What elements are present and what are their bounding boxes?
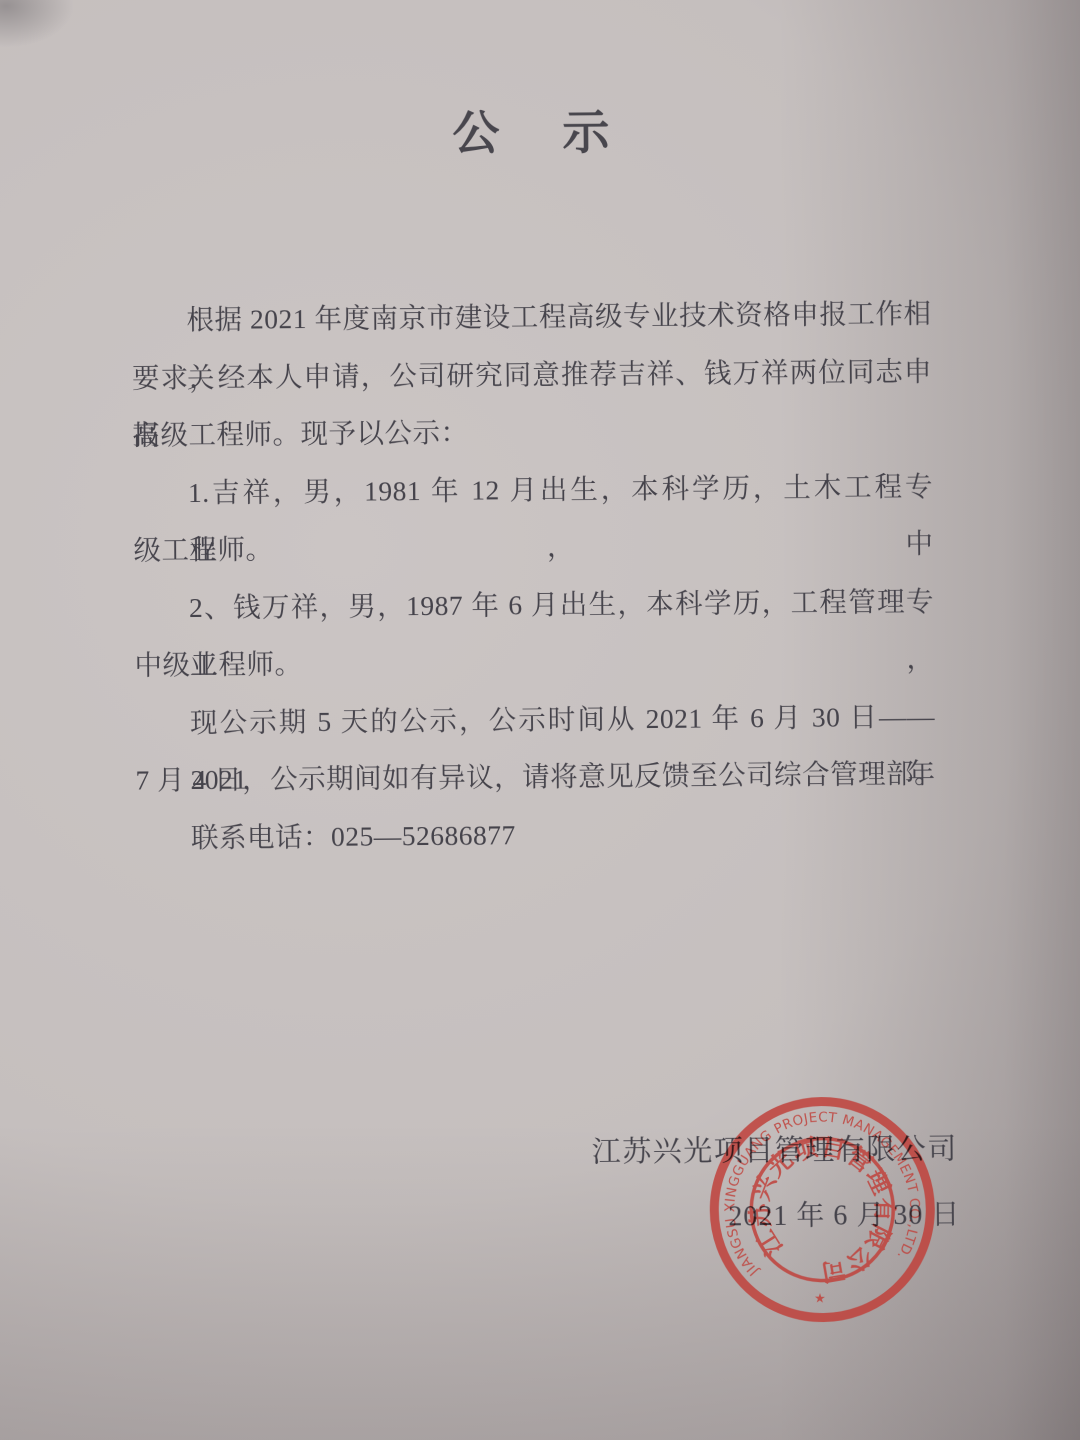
body-line: 现公示期 5 天的公示，公示时间从 2021 年 6 月 30 日——2021 … <box>135 687 935 751</box>
body-line: 根据 2021 年度南京市建设工程高级专业技术资格申报工作相关 <box>131 285 931 349</box>
body-line: 7 月 4 日，公示期间如有异议，请将意见反馈至公司综合管理部。 <box>135 745 935 809</box>
body-line: 要求，经本人申请，公司研究同意推荐吉祥、钱万祥两位同志申报 <box>132 342 932 406</box>
seal-chinese-text: 江苏兴光项目管理有限公司 <box>743 1132 900 1288</box>
announcement-body: 根据 2021 年度南京市建设工程高级专业技术资格申报工作相关 要求，经本人申请… <box>131 285 936 867</box>
company-seal-stamp: JIANGSU XINGGUANG PROJECT MANAGEMENT CO.… <box>700 1087 944 1331</box>
seal-outer-ring <box>711 1099 933 1321</box>
body-line: 1.吉祥，男，1981 年 12 月出生，本科学历，土木工程专业，中 <box>133 457 933 521</box>
page-title: 公 示 <box>0 91 1075 167</box>
document-photo: 公 示 根据 2021 年度南京市建设工程高级专业技术资格申报工作相关 要求，经… <box>0 0 1080 1440</box>
body-line: 2、钱万祥，男，1987 年 6 月出生，本科学历，工程管理专业， <box>134 572 934 636</box>
contact-phone-line: 联系电话：025—52686877 <box>136 802 936 866</box>
body-line: 高级工程师。现予以公示： <box>132 400 932 464</box>
seal-star-icon: ★ <box>814 1291 826 1306</box>
announcement-page: 公 示 根据 2021 年度南京市建设工程高级专业技术资格申报工作相关 要求，经… <box>0 0 1080 1440</box>
